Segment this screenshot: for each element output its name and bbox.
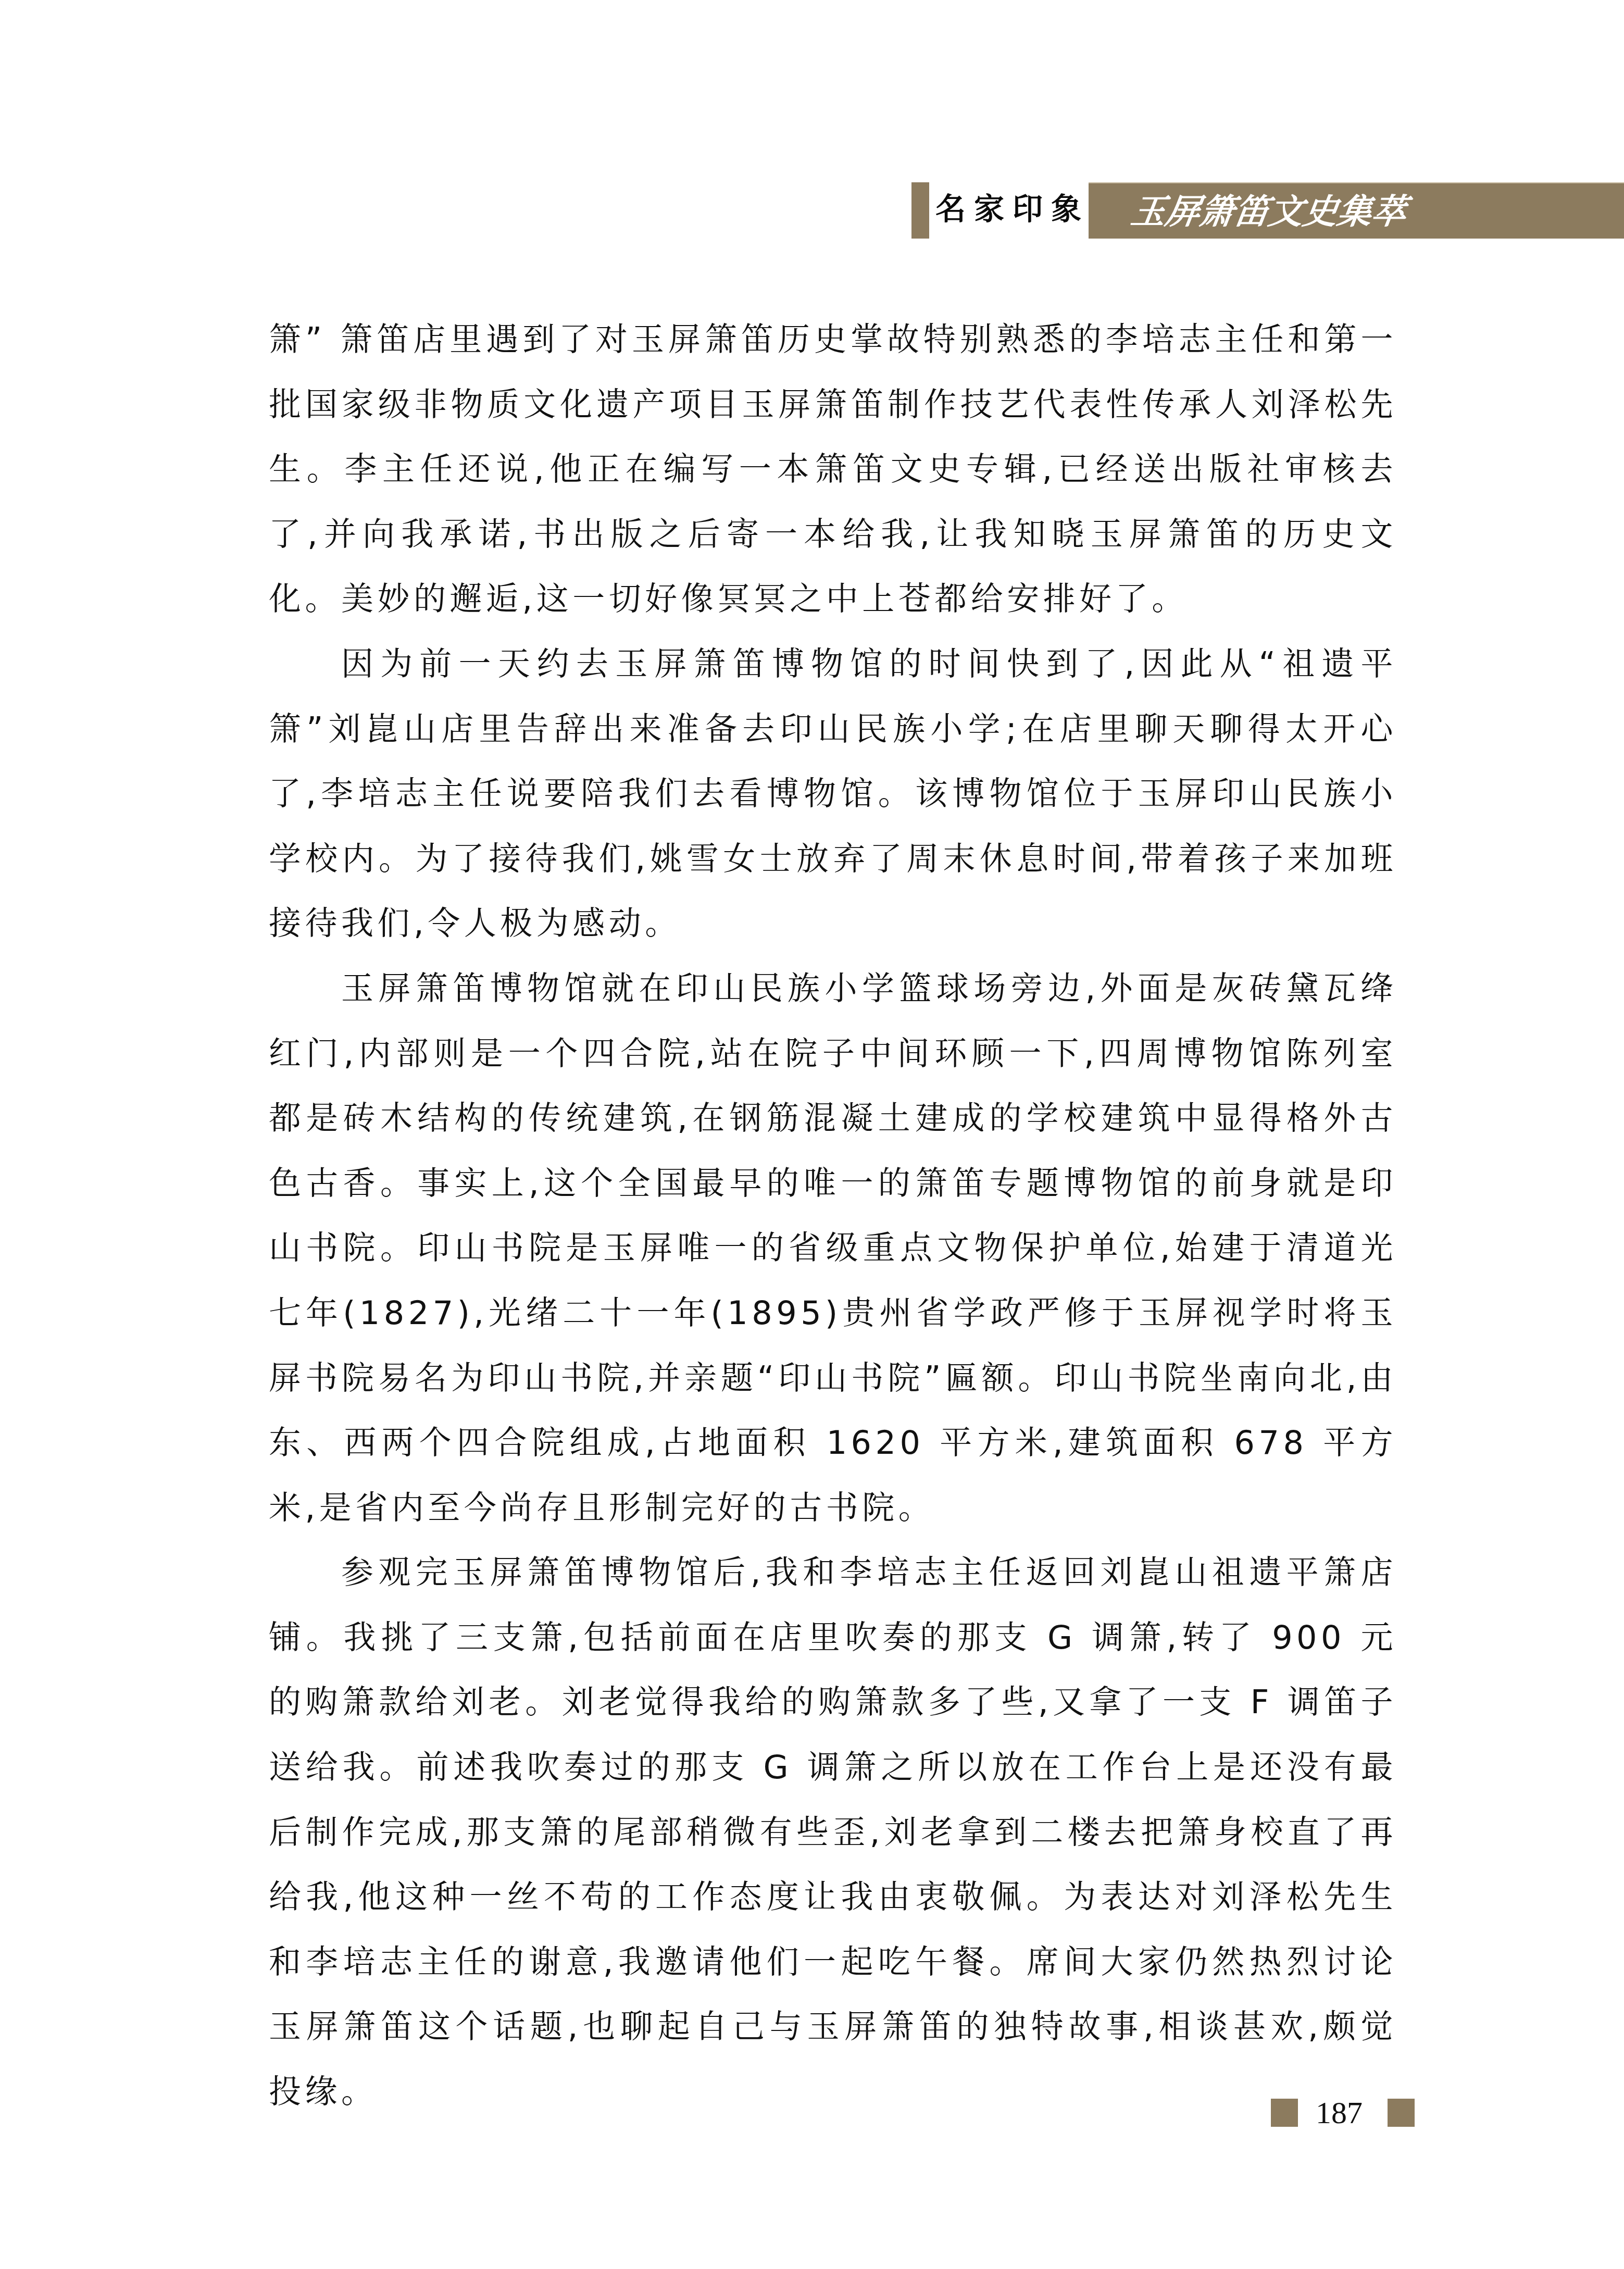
article-body: 箫” 箫笛店里遇到了对玉屏箫笛历史掌故特别熟悉的李培志主任和第一批国家级非物质文… — [269, 307, 1397, 2125]
book-title-band: 玉屏箫笛文史集萃 — [1089, 182, 1624, 239]
section-label: 名家印象 — [935, 185, 1090, 232]
footer-square-left-icon — [1271, 2099, 1298, 2127]
page-number: 187 — [1316, 2098, 1363, 2127]
paragraph: 箫” 箫笛店里遇到了对玉屏箫笛历史掌故特别熟悉的李培志主任和第一批国家级非物质文… — [269, 307, 1397, 632]
paragraph: 参观完玉屏箫笛博物馆后,我和李培志主任返回刘崑山祖遗平箫店铺。我挑了三支箫,包括… — [269, 1540, 1397, 2124]
page-footer: 187 — [1271, 2098, 1415, 2127]
paragraph: 因为前一天约去玉屏箫笛博物馆的时间快到了,因此从“祖遗平箫”刘崑山店里告辞出来准… — [269, 632, 1397, 956]
paragraph: 玉屏箫笛博物馆就在印山民族小学篮球场旁边,外面是灰砖黛瓦绛红门,内部则是一个四合… — [269, 956, 1397, 1540]
footer-square-right-icon — [1388, 2099, 1415, 2127]
book-title-calligraphy: 玉屏箫笛文史集萃 — [1128, 190, 1409, 233]
header-accent-bar — [911, 182, 929, 239]
